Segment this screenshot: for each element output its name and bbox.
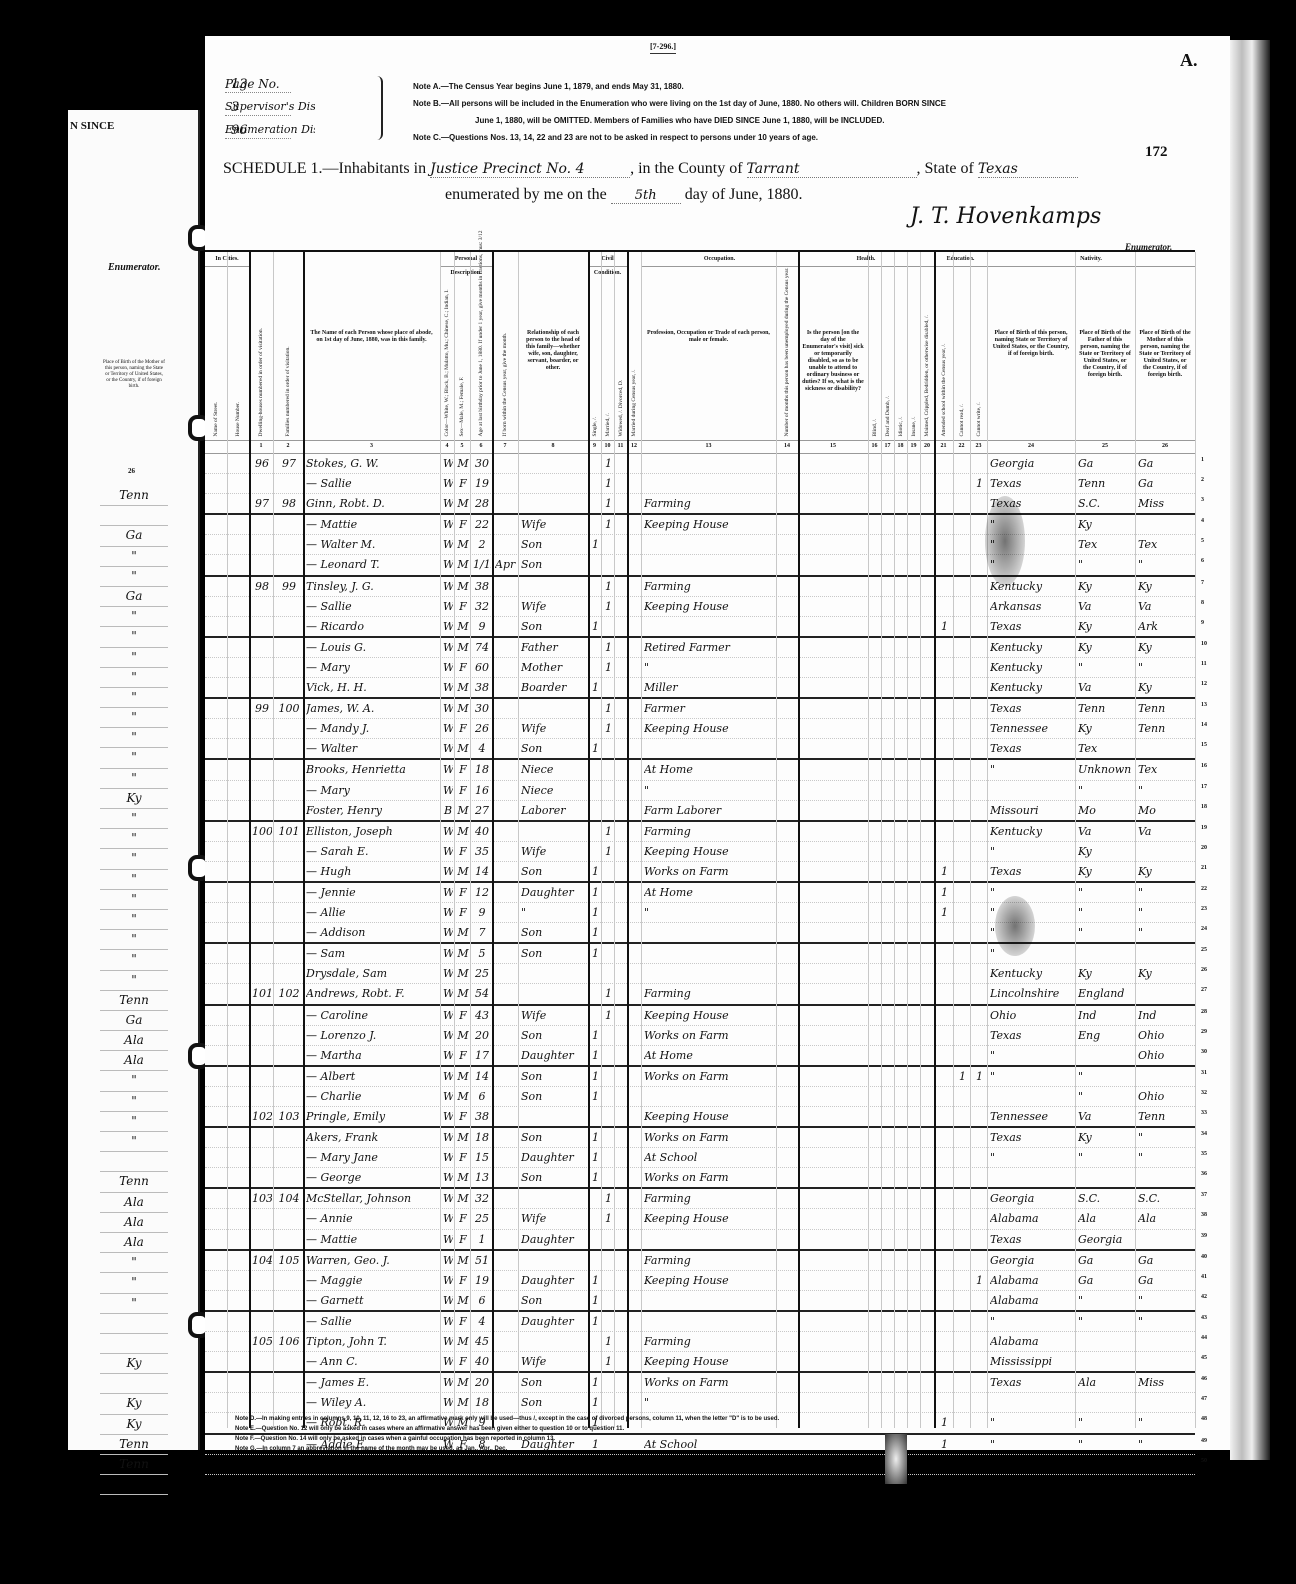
- column-header-text: Single, /.: [591, 416, 598, 436]
- table-row: 100101Elliston, JosephWM401FarmingKentuc…: [205, 822, 1195, 842]
- cell-birth: Texas: [990, 1376, 1074, 1389]
- cell-sex: F: [457, 1009, 469, 1022]
- cell-age: 13: [473, 1171, 491, 1184]
- cell-father: Va: [1078, 825, 1134, 838]
- cell-relation: Niece: [521, 763, 587, 776]
- group-header-nativity-group: Nativity.: [987, 252, 1195, 267]
- cell-sex: M: [457, 825, 469, 838]
- cell-sex: M: [457, 1192, 469, 1205]
- cell-name: — Annie: [306, 1212, 439, 1225]
- cell-color: W: [443, 538, 453, 551]
- cell-relation: Boarder: [521, 681, 587, 694]
- cell-relation: Niece: [521, 784, 587, 797]
- table-row: — Ann C.WF40Wife1Keeping HouseMississipp…: [205, 1352, 1195, 1373]
- line-number: 29: [1201, 1029, 1207, 1035]
- line-number: 49: [1201, 1438, 1207, 1444]
- cell-sex: M: [457, 1396, 469, 1409]
- cell-age: 7: [473, 926, 491, 939]
- cell-father: Ky: [1078, 518, 1134, 531]
- cell-occupation: Keeping House: [644, 600, 775, 613]
- cell-name: — Garnett: [306, 1294, 439, 1307]
- column-rule: [614, 252, 615, 1428]
- cell-sex: M: [457, 538, 469, 551]
- left-page-cell: ": [100, 1132, 168, 1152]
- cell-dwelling: 98: [252, 580, 272, 593]
- cell-birth: Georgia: [990, 457, 1074, 470]
- cell-birth: ": [990, 1416, 1074, 1429]
- column-rule: [953, 252, 954, 1428]
- cell-family: 101: [276, 825, 302, 838]
- cell-age: 4: [473, 742, 491, 755]
- cell-age: 22: [473, 518, 491, 531]
- state-label: , State of: [917, 160, 974, 177]
- column-number: 6: [470, 443, 492, 449]
- cell-occupation: At Home: [644, 1049, 775, 1062]
- cell-occupation: Farming: [644, 1192, 775, 1205]
- table-row: — AllieWF9"1"1"""23: [205, 903, 1195, 923]
- cell-read: 1: [956, 1070, 969, 1083]
- cell-birth: ": [990, 886, 1074, 899]
- cell-color: W: [443, 1233, 453, 1246]
- cell-birth: Texas: [990, 1029, 1074, 1042]
- cell-relation: Wife: [521, 1355, 587, 1368]
- cell-color: W: [443, 1396, 453, 1409]
- cell-name: — Louis G.: [306, 641, 439, 654]
- cell-age: 28: [473, 497, 491, 510]
- column-header-birthplace: Place of Birth of this person, naming St…: [987, 252, 1076, 440]
- note-b: Note B.—All persons will be included in …: [413, 95, 1173, 112]
- cell-sex: M: [457, 742, 469, 755]
- cell-occupation: Keeping House: [644, 845, 775, 858]
- column-number: 4: [440, 443, 454, 449]
- cell-sex: F: [457, 763, 469, 776]
- cell-father: Ky: [1078, 641, 1134, 654]
- left-page-cell: ": [100, 607, 168, 627]
- cell-father: Va: [1078, 600, 1134, 613]
- cell-age: 40: [473, 825, 491, 838]
- left-page-cell: Ala: [100, 1213, 168, 1233]
- cell-occupation: Keeping House: [644, 518, 775, 531]
- cell-sex: F: [457, 784, 469, 797]
- cell-occupation: Works on Farm: [644, 865, 775, 878]
- cell-color: W: [443, 886, 453, 899]
- cell-mother: Ga: [1138, 457, 1194, 470]
- cell-sex: F: [457, 1049, 469, 1062]
- group-header-occupation-group: Occupation.: [641, 252, 798, 267]
- cell-name: — Sallie: [306, 1315, 439, 1328]
- line-number: 21: [1201, 865, 1207, 871]
- cell-age: 4: [473, 1315, 491, 1328]
- day-value: 5th: [611, 188, 681, 204]
- cell-relation: Son: [521, 1029, 587, 1042]
- cell-birth: Alabama: [990, 1335, 1074, 1348]
- cell-father: Ga: [1078, 1254, 1134, 1267]
- table-row: — Louis G.WM74Father1Retired FarmerKentu…: [205, 638, 1195, 658]
- cell-father: S.C.: [1078, 497, 1134, 510]
- cell-married: 1: [604, 722, 613, 735]
- cell-age: 25: [473, 967, 491, 980]
- left-page-cell: [100, 1374, 168, 1394]
- line-number: 22: [1201, 886, 1207, 892]
- cell-color: W: [443, 641, 453, 654]
- line-number: 32: [1201, 1090, 1207, 1096]
- cell-age: 32: [473, 600, 491, 613]
- column-number: 16: [868, 443, 881, 449]
- left-page-cell: Tenn: [100, 1435, 168, 1455]
- column-rule: [881, 252, 882, 1428]
- left-page-cell: Ga: [100, 526, 168, 546]
- cell-mother: Tenn: [1138, 1110, 1194, 1123]
- left-page-cell: ": [100, 547, 168, 567]
- column-header-insane: Insane, /.: [907, 252, 921, 440]
- column-rule: [518, 252, 519, 1428]
- cell-single: 1: [591, 1376, 600, 1389]
- cell-married: 1: [604, 497, 613, 510]
- cell-relation: Father: [521, 641, 587, 654]
- cell-relation: Son: [521, 1131, 587, 1144]
- column-header-married-census-year: Married during Census year, /.: [627, 252, 642, 440]
- cell-name: — Charlie: [306, 1090, 439, 1103]
- cell-occupation: Farming: [644, 1254, 775, 1267]
- cell-dwelling: 102: [252, 1110, 272, 1123]
- cell-name: Tipton, John T.: [306, 1335, 439, 1348]
- cell-name: Vick, H. H.: [306, 681, 439, 694]
- left-page-column-header: Place of Birth of the Mother of this per…: [103, 360, 165, 390]
- line-number: 26: [1201, 967, 1207, 973]
- cell-age: 38: [473, 681, 491, 694]
- stamped-sheet-number: 172: [1145, 144, 1168, 161]
- table-row: — MaggieWF19Daughter1Keeping House1Alaba…: [205, 1271, 1195, 1291]
- column-rule: [454, 252, 455, 1428]
- table-row: — James E.WM20Son1Works on FarmTexasAlaM…: [205, 1373, 1195, 1393]
- line-number: 6: [1201, 558, 1204, 564]
- column-header-months-unemployed: Number of months this person has been un…: [776, 252, 800, 440]
- column-header-text: Place of Birth of this person, naming St…: [991, 330, 1071, 358]
- left-page-cell: ": [100, 930, 168, 950]
- cell-mother: Ark: [1138, 620, 1194, 633]
- left-page-cell: Tenn: [100, 486, 168, 506]
- note-g: Note G.—In column 7 an abbreviation in t…: [235, 1444, 779, 1454]
- cell-relation: Daughter: [521, 1049, 587, 1062]
- schedule-title: SCHEDULE 1.—Inhabitants in Justice Preci…: [223, 160, 1078, 178]
- cell-married: 1: [604, 477, 613, 490]
- cell-father: Ga: [1078, 1274, 1134, 1287]
- cell-single: 1: [591, 1049, 600, 1062]
- column-header-text: Maimed, Crippled, Bedridden, or otherwis…: [924, 315, 931, 436]
- left-page-cell: Ala: [100, 1233, 168, 1253]
- group-header-personal-description: Personal Description.: [440, 252, 492, 267]
- column-header-deaf-dumb: Deaf and Dumb, /.: [881, 252, 895, 440]
- table-row: Vick, H. H.WM38Boarder1MillerKentuckyVaK…: [205, 678, 1195, 699]
- line-number: 50: [1201, 1458, 1207, 1464]
- cell-birth: ": [990, 1438, 1074, 1451]
- column-header-age: Age at last birthday prior to June 1, 18…: [470, 252, 494, 440]
- cell-name: — Albert: [306, 1070, 439, 1083]
- line-number: 16: [1201, 763, 1207, 769]
- cell-mother: Miss: [1138, 497, 1194, 510]
- cell-age: 1: [473, 1233, 491, 1246]
- cell-father: ": [1078, 1090, 1134, 1103]
- cell-dwelling: 100: [252, 825, 272, 838]
- cell-married: 1: [604, 1009, 613, 1022]
- line-number: 25: [1201, 947, 1207, 953]
- cell-age: 51: [473, 1254, 491, 1267]
- cell-mother: Ohio: [1138, 1049, 1194, 1062]
- cell-mother: ": [1138, 1416, 1194, 1429]
- cell-sex: F: [457, 1355, 469, 1368]
- cell-name: Pringle, Emily: [306, 1110, 439, 1123]
- column-header-house-number: House Number.: [227, 252, 251, 440]
- cell-color: W: [443, 681, 453, 694]
- cell-write: 1: [973, 477, 986, 490]
- cell-birth: Texas: [990, 477, 1074, 490]
- cell-married: 1: [604, 825, 613, 838]
- cell-relation: ": [521, 906, 587, 919]
- cell-name: — Mandy J.: [306, 722, 439, 735]
- cell-sex: M: [457, 1376, 469, 1389]
- cell-write: 1: [973, 1070, 986, 1083]
- left-page-cell: Ala: [100, 1193, 168, 1213]
- line-number: 23: [1201, 906, 1207, 912]
- cell-father: ": [1078, 558, 1134, 571]
- left-page-cell: ": [100, 829, 168, 849]
- ink-smudge: [995, 896, 1035, 956]
- column-rule: [249, 252, 251, 1428]
- cell-name: — Lorenzo J.: [306, 1029, 439, 1042]
- cell-age: 5: [473, 947, 491, 960]
- cell-age: 35: [473, 845, 491, 858]
- table-row: — SallieWF32Wife1Keeping HouseArkansasVa…: [205, 597, 1195, 617]
- cell-name: Elliston, Joseph: [306, 825, 439, 838]
- cell-color: W: [443, 722, 453, 735]
- cell-age: 1/12: [473, 558, 491, 571]
- cell-name: — Sarah E.: [306, 845, 439, 858]
- column-rule: [970, 252, 971, 1428]
- left-page-cell: Ala: [100, 1051, 168, 1071]
- left-page-cell: [100, 1475, 168, 1495]
- cell-birth: ": [990, 1070, 1074, 1083]
- sheet-letter: A.: [1180, 50, 1198, 71]
- cell-married: 1: [604, 1192, 613, 1205]
- cell-father: Ind: [1078, 1009, 1134, 1022]
- cell-name: — Sam: [306, 947, 439, 960]
- cell-occupation: Farmer: [644, 702, 775, 715]
- left-page-cell: ": [100, 567, 168, 587]
- cell-birth: ": [990, 845, 1074, 858]
- cell-relation: Son: [521, 1396, 587, 1409]
- cell-relation: Wife: [521, 1212, 587, 1225]
- cell-age: 30: [473, 457, 491, 470]
- cell-single: 1: [591, 906, 600, 919]
- cell-single: 1: [591, 1274, 600, 1287]
- cell-single: 1: [591, 1131, 600, 1144]
- cell-mother: ": [1138, 558, 1194, 571]
- cell-relation: Daughter: [521, 1151, 587, 1164]
- column-number: 11: [614, 443, 627, 449]
- line-number: 38: [1201, 1212, 1207, 1218]
- column-header-blind: Blind, /.: [868, 252, 882, 440]
- table-row: — CharlieWM6Son1"Ohio32: [205, 1087, 1195, 1107]
- cell-relation: Laborer: [521, 804, 587, 817]
- column-number: 20: [920, 443, 934, 449]
- table-row: — MaryWF60Mother1"Kentucky""11: [205, 658, 1195, 678]
- cell-mother: ": [1138, 661, 1194, 674]
- enumerator-signature: J. T. Hovenkamps: [910, 204, 1101, 229]
- cell-occupation: Keeping House: [644, 1355, 775, 1368]
- cell-occupation: Keeping House: [644, 1274, 775, 1287]
- cell-color: W: [443, 1110, 453, 1123]
- column-header-family: Families numbered in order of visitation…: [273, 252, 305, 440]
- table-row: — MarthaWF17Daughter1At Home"Ohio30: [205, 1046, 1195, 1067]
- table-row: — MattieWF22Wife1Keeping House"Ky4: [205, 515, 1195, 535]
- column-header-relationship: Relationship of each person to the head …: [518, 252, 590, 440]
- column-header-text: Name of Street.: [213, 401, 220, 436]
- cell-age: 32: [473, 1192, 491, 1205]
- line-number: 13: [1201, 702, 1207, 708]
- cell-school: 1: [937, 620, 952, 633]
- column-header-sick: Is the person [on the day of the Enumera…: [798, 252, 869, 440]
- note-f: Note F.—Question No. 14 will only be ask…: [235, 1434, 779, 1444]
- cell-age: 30: [473, 702, 491, 715]
- line-number: 44: [1201, 1335, 1207, 1341]
- column-rule: [1195, 252, 1196, 1428]
- cell-age: 15: [473, 1151, 491, 1164]
- column-header-text: Profession, Occupation or Trade of each …: [645, 330, 772, 344]
- column-rule: [627, 252, 629, 1428]
- left-page-cell: Ky: [100, 789, 168, 809]
- line-number: 3: [1201, 497, 1204, 503]
- left-page-cell: Tenn: [100, 1455, 168, 1475]
- column-number: 8: [518, 443, 588, 449]
- left-page-cell: ": [100, 1294, 168, 1314]
- header-notes: Note A.—The Census Year begins June 1, 1…: [413, 78, 1173, 146]
- cell-color: W: [443, 987, 453, 1000]
- cell-school: 1: [937, 1416, 952, 1429]
- left-page-cell: ": [100, 870, 168, 890]
- cell-mother: ": [1138, 1438, 1194, 1451]
- table-body: 9697Stokes, G. W.WM301GeorgiaGaGa1— Sall…: [205, 454, 1195, 1475]
- cell-occupation: At Home: [644, 886, 775, 899]
- cell-occupation: Farming: [644, 1335, 775, 1348]
- note-b-continued: June 1, 1880, will be OMITTED. Members o…: [413, 112, 1173, 129]
- schedule-prefix: SCHEDULE 1.—Inhabitants in: [223, 160, 426, 177]
- table-row: 103104McStellar, JohnsonWM321FarmingGeor…: [205, 1189, 1195, 1209]
- cell-sex: M: [457, 497, 469, 510]
- column-number: 17: [881, 443, 894, 449]
- cell-color: B: [443, 804, 453, 817]
- cell-birth: Missouri: [990, 804, 1074, 817]
- left-page-cell: ": [100, 950, 168, 970]
- column-header-dwelling: Dwelling-houses numbered in order of vis…: [249, 252, 274, 440]
- column-rule: [987, 252, 988, 1428]
- cell-color: W: [443, 497, 453, 510]
- page-no-value: 13: [225, 77, 291, 93]
- cell-color: W: [443, 865, 453, 878]
- precinct-value: Justice Precinct No. 4: [430, 161, 630, 178]
- cell-birth: Texas: [990, 742, 1074, 755]
- cell-age: 14: [473, 1070, 491, 1083]
- cell-name: — Sallie: [306, 600, 439, 613]
- column-header-text: Cannot write, /.: [975, 402, 982, 436]
- cell-age: 9: [473, 620, 491, 633]
- cell-sex: M: [457, 865, 469, 878]
- line-number: 31: [1201, 1070, 1207, 1076]
- cell-color: W: [443, 784, 453, 797]
- cell-father: Georgia: [1078, 1233, 1134, 1246]
- cell-occupation: ": [644, 661, 775, 674]
- table-row: 9697Stokes, G. W.WM301GeorgiaGaGa1: [205, 454, 1195, 474]
- column-header-text: Dwelling-houses numbered in order of vis…: [258, 328, 265, 436]
- cell-age: 12: [473, 886, 491, 899]
- cell-sex: F: [457, 1274, 469, 1287]
- cell-color: W: [443, 763, 453, 776]
- cell-name: — Mattie: [306, 518, 439, 531]
- table-row: — Mary JaneWF15Daughter1At School"""35: [205, 1148, 1195, 1168]
- cell-birth: Texas: [990, 865, 1074, 878]
- cell-mother: Ind: [1138, 1009, 1194, 1022]
- cell-birth: Georgia: [990, 1254, 1074, 1267]
- cell-color: W: [443, 661, 453, 674]
- cell-mother: Ky: [1138, 681, 1194, 694]
- column-header-idiotic: Idiotic, /.: [894, 252, 908, 440]
- cell-occupation: Keeping House: [644, 1110, 775, 1123]
- column-number: 22: [953, 443, 970, 449]
- cell-dwelling: 99: [252, 702, 272, 715]
- column-header-single: Single, /.: [588, 252, 602, 440]
- column-header-text: Color—White, W.; Black, B.; Mulatto, Mu.…: [444, 289, 451, 436]
- cell-age: 9: [473, 906, 491, 919]
- cell-name: — Wiley A.: [306, 1396, 439, 1409]
- cell-married: 1: [604, 457, 613, 470]
- column-header-text: Widowed, /. Divorced, D.: [617, 379, 624, 436]
- table-row: — Leonard T.WM1/12AprSon"""6: [205, 555, 1195, 576]
- cell-name: — James E.: [306, 1376, 439, 1389]
- column-header-color: Color—White, W.; Black, B.; Mulatto, Mu.…: [440, 252, 455, 440]
- cell-age: 18: [473, 763, 491, 776]
- cell-name: Drysdale, Sam: [306, 967, 439, 980]
- cell-married: 1: [604, 1335, 613, 1348]
- cell-sex: M: [457, 457, 469, 470]
- column-number: 13: [641, 443, 776, 449]
- cell-school: 1: [937, 865, 952, 878]
- cell-name: — Jennie: [306, 886, 439, 899]
- cell-father: Tex: [1078, 742, 1134, 755]
- column-header-text: Cannot read, /.: [958, 404, 965, 436]
- cell-name: Akers, Frank: [306, 1131, 439, 1144]
- cell-dwelling: 96: [252, 457, 272, 470]
- cell-color: W: [443, 1376, 453, 1389]
- cell-sex: M: [457, 702, 469, 715]
- cell-father: Mo: [1078, 804, 1134, 817]
- cell-birth: ": [990, 1315, 1074, 1328]
- cell-relation: Son: [521, 926, 587, 939]
- cell-relation: Son: [521, 865, 587, 878]
- cell-occupation: Miller: [644, 681, 775, 694]
- cell-occupation: Farming: [644, 580, 775, 593]
- column-number: 25: [1075, 443, 1135, 449]
- cell-age: 19: [473, 1274, 491, 1287]
- cell-sex: F: [457, 661, 469, 674]
- census-table: Name of Street.House Number.Dwelling-hou…: [205, 250, 1195, 1475]
- left-page-cell: ": [100, 1112, 168, 1132]
- left-page-cell: [100, 1152, 168, 1172]
- table-row: — AddisonWM7Son1"""24: [205, 923, 1195, 944]
- cell-birth: Kentucky: [990, 641, 1074, 654]
- column-rule: [868, 252, 869, 1428]
- table-row: 50: [205, 1455, 1195, 1475]
- cell-age: 16: [473, 784, 491, 797]
- cell-relation: Daughter: [521, 886, 587, 899]
